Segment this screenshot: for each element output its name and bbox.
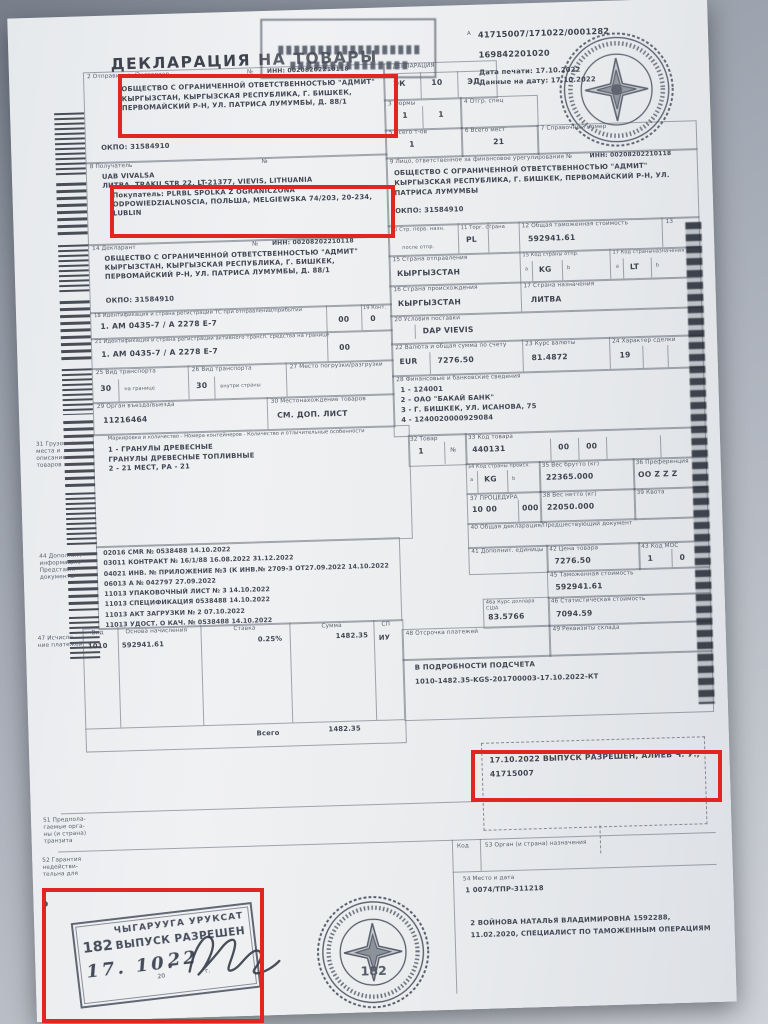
svg-text:182: 182 bbox=[360, 963, 387, 979]
release-dashed-divider bbox=[599, 825, 602, 853]
box14-label: 14 Декларант bbox=[92, 245, 136, 253]
box11-label: 11 Торг. страна bbox=[461, 224, 505, 232]
box54-label: 54 Место и дата bbox=[463, 875, 515, 883]
box38-value: 22050.000 bbox=[547, 501, 595, 513]
box15-value: КЫРГЫЗСТАН bbox=[397, 267, 461, 279]
box43-v2: 0 bbox=[679, 553, 685, 563]
box43-v1: 1 bbox=[647, 554, 653, 564]
box22-currency: EUR bbox=[399, 357, 417, 368]
box3-value2: 1 bbox=[438, 110, 444, 120]
box19-value: 0 bbox=[370, 314, 376, 324]
box51-label: 51 Предпола- гаемые орга- ны (и страна) … bbox=[43, 817, 87, 846]
box31-margin-label: 31 Грузовые места и описание товаров bbox=[36, 441, 76, 470]
box23-value: 81.4872 bbox=[531, 352, 568, 363]
box25-sub: на границе bbox=[124, 385, 155, 392]
photo-of-customs-declaration: ДЕКЛАРАЦИЯ НА ТОВАРЫ А 41715007/171022/0… bbox=[0, 0, 768, 1024]
box54-v1: 1 0074/ТПР-311218 bbox=[465, 884, 544, 896]
total-value: 1482.35 bbox=[328, 724, 361, 735]
box8-label: 8 Получатель bbox=[90, 163, 133, 171]
box5-value: 1 bbox=[409, 140, 415, 150]
box44-margin-label: 44 Дополнит. информация/ Представл. доку… bbox=[39, 553, 82, 582]
box34-a: a bbox=[470, 477, 473, 483]
col-vid: Вид bbox=[91, 630, 103, 637]
box29-value: 11216464 bbox=[103, 415, 148, 427]
box52-label: 52 Гарантия недействи- тельна для bbox=[42, 857, 82, 879]
box11-value: PL bbox=[466, 235, 477, 246]
col-sum: Сумма bbox=[321, 623, 341, 631]
box32-label: 32 Товар bbox=[410, 436, 438, 444]
box34-value: KG bbox=[484, 474, 497, 485]
box39-label: 39 Квота bbox=[637, 489, 665, 497]
box15a-a: a bbox=[525, 266, 528, 272]
box37-code: 000 bbox=[522, 503, 539, 514]
grid-line bbox=[480, 839, 482, 871]
box42-value: 7276.50 bbox=[554, 556, 591, 567]
box1-label: 1 ДЕКЛАРАЦИЯ bbox=[387, 63, 435, 71]
barcode-icon bbox=[54, 112, 86, 177]
row-sum: 1482.35 bbox=[336, 631, 369, 642]
grid-line bbox=[58, 832, 716, 853]
box17-value: ЛИТВА bbox=[531, 294, 562, 305]
grid-line bbox=[452, 840, 458, 994]
box37-value: 10 00 bbox=[472, 504, 497, 515]
stamp-illegible-text bbox=[277, 45, 419, 54]
box47-margin-label: 47 Исчисле- ние платежей bbox=[38, 635, 83, 650]
col-rate: Ставка bbox=[233, 626, 255, 634]
box16-value: КЫРГЫЗСТАН bbox=[398, 297, 462, 309]
box33-value: 440131 bbox=[472, 444, 505, 455]
grid-line bbox=[453, 864, 717, 873]
box14-okpo: ОКПО: 31584910 bbox=[106, 295, 175, 307]
box20-value: DAP VIEVIS bbox=[423, 325, 474, 337]
annotation-box-release-stamp bbox=[42, 888, 264, 1023]
box14-no: № bbox=[252, 241, 258, 248]
box21-code: 00 bbox=[339, 343, 350, 354]
box37-label: 37 ПРОЦЕДУРА bbox=[470, 494, 518, 503]
barcode-icon bbox=[56, 182, 88, 239]
box24-value: 19 bbox=[619, 350, 630, 361]
box22-value: 7276.50 bbox=[437, 355, 474, 366]
box28-lines: 1 - 124001 2 - ОАО "БАКАЙ БАНК" 3 - Г. Б… bbox=[400, 382, 537, 425]
box31-lines: 1 - ГРАНУЛЫ ДРЕВЕСНЫЕ ГРАНУЛЫ ДРЕВЕСНЫЕ … bbox=[108, 441, 255, 474]
grid-line bbox=[61, 801, 483, 815]
box32-value: 1 bbox=[418, 446, 424, 456]
box9-okpo: ОКПО: 31584910 bbox=[395, 205, 464, 217]
barcode-icon bbox=[65, 492, 97, 547]
box35-value: 22365.000 bbox=[546, 471, 594, 483]
box17a-a: a bbox=[616, 264, 619, 270]
declaration-id: 169842201020 bbox=[478, 48, 550, 61]
annotation-box-release-note bbox=[471, 750, 722, 802]
box26-value: 30 bbox=[196, 381, 207, 392]
box44-doc-lines: 02016 CMR № 0538488 14.10.2022 03011 КОН… bbox=[103, 541, 391, 631]
kod-label: Код bbox=[457, 843, 469, 850]
box25-value: 30 bbox=[100, 384, 111, 395]
total-label: Всего bbox=[256, 729, 279, 740]
box53-label: 53 Орган (и страна) назначения bbox=[485, 840, 587, 850]
box1-kind: ЭД bbox=[467, 77, 480, 88]
box33-c1: 00 bbox=[558, 442, 569, 453]
box32-no: № bbox=[450, 447, 456, 454]
declaration-paper: ДЕКЛАРАЦИЯ НА ТОВАРЫ А 41715007/171022/0… bbox=[7, 0, 736, 1022]
box17a-b: b bbox=[656, 262, 659, 268]
field-a-letter: А bbox=[467, 31, 471, 38]
box34-b: b bbox=[512, 476, 515, 482]
box13-label: 13 bbox=[666, 219, 674, 226]
box46a-value: 83.5766 bbox=[488, 612, 525, 623]
box6-value: 21 bbox=[493, 137, 504, 148]
box15a-value: KG bbox=[539, 265, 552, 276]
row-vid: 1010 bbox=[88, 642, 108, 652]
row-sp: ИУ bbox=[379, 634, 391, 644]
annotation-box-buyer bbox=[110, 185, 395, 238]
box4-label: 4 Отгр. спец bbox=[464, 98, 504, 106]
box8-no: № bbox=[262, 159, 268, 166]
box46-value: 7094.59 bbox=[556, 609, 593, 620]
barcode-icon bbox=[58, 244, 89, 295]
box12-value: 592941.61 bbox=[528, 233, 576, 245]
box46a-label: 46а Курс доллара США bbox=[486, 598, 544, 612]
box23-label: 23 Курс валюты bbox=[525, 340, 576, 348]
box17a-value: LT bbox=[630, 262, 640, 273]
annotation-box-exporter bbox=[118, 74, 398, 138]
box42-label: 42 Цена товара bbox=[549, 545, 598, 553]
box19-label: 19 Конт. bbox=[363, 304, 386, 311]
box15a-b: b bbox=[567, 265, 570, 271]
round-customs-stamp-182-icon: 182 bbox=[313, 892, 432, 1011]
box10-sub: после отпр. bbox=[402, 244, 434, 251]
row-base: 592941.61 bbox=[122, 640, 164, 651]
barcode-icon bbox=[62, 368, 93, 415]
box3-value1: 1 bbox=[402, 111, 408, 121]
box30-value: СМ. ДОП. ЛИСТ bbox=[277, 409, 348, 421]
box43-label: 43 Код МОС bbox=[641, 543, 679, 551]
box36-value: ОО Z Z Z bbox=[638, 469, 678, 480]
box26-sub: внутри страны bbox=[220, 382, 261, 389]
box2-okpo: ОКПО: 31584910 bbox=[101, 142, 170, 154]
box6-label: 6 Всего мест bbox=[465, 127, 506, 135]
box33-c2: 00 bbox=[586, 441, 597, 452]
row-rate: 0.25% bbox=[258, 635, 283, 646]
box45-value: 592941.61 bbox=[555, 581, 603, 593]
col-sp: СП bbox=[381, 622, 390, 629]
box1-regime: 10 bbox=[431, 78, 442, 89]
barcode-icon bbox=[60, 300, 92, 363]
box33-label: 33 Код товара bbox=[468, 434, 513, 442]
box18-code: 00 bbox=[338, 315, 349, 326]
